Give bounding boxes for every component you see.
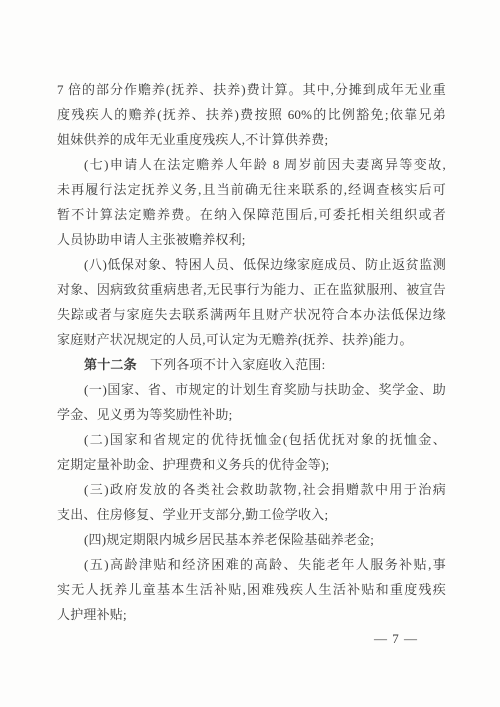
page-number: — 7 —	[374, 629, 418, 649]
text-run: (四)规定期限内城乡居民基本养老保险基础养老金;	[84, 532, 374, 547]
text-line: (八)低保对象、特困人员、低保边缘家庭成员、防止返贫监测	[57, 252, 446, 277]
text-run: 对象、因病致贫重病患者,无民事行为能力、正在监狱服刑、被宣告	[57, 282, 446, 297]
text-line: 实无人抚养儿童基本生活补贴,困难残疾人生活补贴和重度残疾	[57, 577, 446, 602]
text-line: 第十二条 下列各项不计入家庭收入范围:	[57, 352, 446, 377]
text-run: 学金、见义勇为等奖励性补助;	[57, 407, 232, 422]
text-line: 定期定量补助金、护理费和义务兵的优待金等);	[57, 452, 446, 477]
text-run: 人护理补贴;	[57, 607, 127, 622]
text-line: (二)国家和省规定的优待抚恤金(包括优抚对象的抚恤金、	[57, 427, 446, 452]
text-run: 人员协助申请人主张被赡养权利;	[57, 232, 246, 247]
text-line: (七)申请人在法定赡养人年龄 8 周岁前因夫妻离异等变故,	[57, 152, 446, 177]
text-run: (七)申请人在法定赡养人年龄 8 周岁前因夫妻离异等变故,	[84, 157, 446, 172]
text-run: 失踪或者与家庭失去联系满两年且财产状况符合本办法低保边缘	[57, 307, 446, 322]
text-run: 暂不计算法定赡养费。在纳入保障范围后,可委托相关组织或者	[57, 207, 446, 222]
text-line: 人护理补贴;	[57, 602, 446, 627]
text-line: 未再履行法定抚养义务,且当前确无往来联系的,经调查核实后可	[57, 177, 446, 202]
text-line: (一)国家、省、市规定的计划生育奖励与扶助金、奖学金、助	[57, 377, 446, 402]
text-run: 家庭财产状况规定的人员,可认定为无赡养(抚养、扶养)能力。	[57, 332, 413, 347]
text-run: (五)高龄津贴和经济困难的高龄、失能老年人服务补贴,事	[84, 557, 446, 572]
text-run: 实无人抚养儿童基本生活补贴,困难残疾人生活补贴和重度残疾	[57, 582, 446, 597]
text-run: 下列各项不计入家庭收入范围:	[137, 357, 326, 372]
text-run: (二)国家和省规定的优待抚恤金(包括优抚对象的抚恤金、	[84, 432, 446, 447]
text-run: (八)低保对象、特困人员、低保边缘家庭成员、防止返贫监测	[84, 257, 446, 272]
document-page: 7 倍的部分作赡养(抚养、扶养)费计算。其中,分摊到成年无业重度残疾人的赡养(抚…	[0, 0, 500, 707]
text-line: 7 倍的部分作赡养(抚养、扶养)费计算。其中,分摊到成年无业重	[57, 77, 446, 102]
text-run: 姐妹供养的成年无业重度残疾人,不计算供养费;	[57, 132, 328, 147]
article-number-bold: 第十二条	[84, 357, 137, 372]
text-run: 未再履行法定抚养义务,且当前确无往来联系的,经调查核实后可	[57, 182, 446, 197]
text-line: (四)规定期限内城乡居民基本养老保险基础养老金;	[57, 527, 446, 552]
text-line: 失踪或者与家庭失去联系满两年且财产状况符合本办法低保边缘	[57, 302, 446, 327]
text-run: 度残疾人的赡养(抚养、扶养)费按照 60%的比例豁免;依靠兄弟	[57, 107, 446, 122]
text-line: 姐妹供养的成年无业重度残疾人,不计算供养费;	[57, 127, 446, 152]
text-line: (三)政府发放的各类社会救助款物,社会捐赠款中用于治病	[57, 477, 446, 502]
text-line: 对象、因病致贫重病患者,无民事行为能力、正在监狱服刑、被宣告	[57, 277, 446, 302]
text-line: (五)高龄津贴和经济困难的高龄、失能老年人服务补贴,事	[57, 552, 446, 577]
text-line: 暂不计算法定赡养费。在纳入保障范围后,可委托相关组织或者	[57, 202, 446, 227]
text-line: 学金、见义勇为等奖励性补助;	[57, 402, 446, 427]
text-line: 人员协助申请人主张被赡养权利;	[57, 227, 446, 252]
text-run: (三)政府发放的各类社会救助款物,社会捐赠款中用于治病	[84, 482, 446, 497]
text-run: (一)国家、省、市规定的计划生育奖励与扶助金、奖学金、助	[84, 382, 446, 397]
text-line: 度残疾人的赡养(抚养、扶养)费按照 60%的比例豁免;依靠兄弟	[57, 102, 446, 127]
text-line: 家庭财产状况规定的人员,可认定为无赡养(抚养、扶养)能力。	[57, 327, 446, 352]
text-line: 支出、住房修复、学业开支部分,勤工俭学收入;	[57, 502, 446, 527]
text-run: 定期定量补助金、护理费和义务兵的优待金等);	[57, 457, 329, 472]
text-run: 支出、住房修复、学业开支部分,勤工俭学收入;	[57, 507, 328, 522]
text-run: 7 倍的部分作赡养(抚养、扶养)费计算。其中,分摊到成年无业重	[57, 82, 446, 97]
document-body: 7 倍的部分作赡养(抚养、扶养)费计算。其中,分摊到成年无业重度残疾人的赡养(抚…	[57, 77, 446, 627]
